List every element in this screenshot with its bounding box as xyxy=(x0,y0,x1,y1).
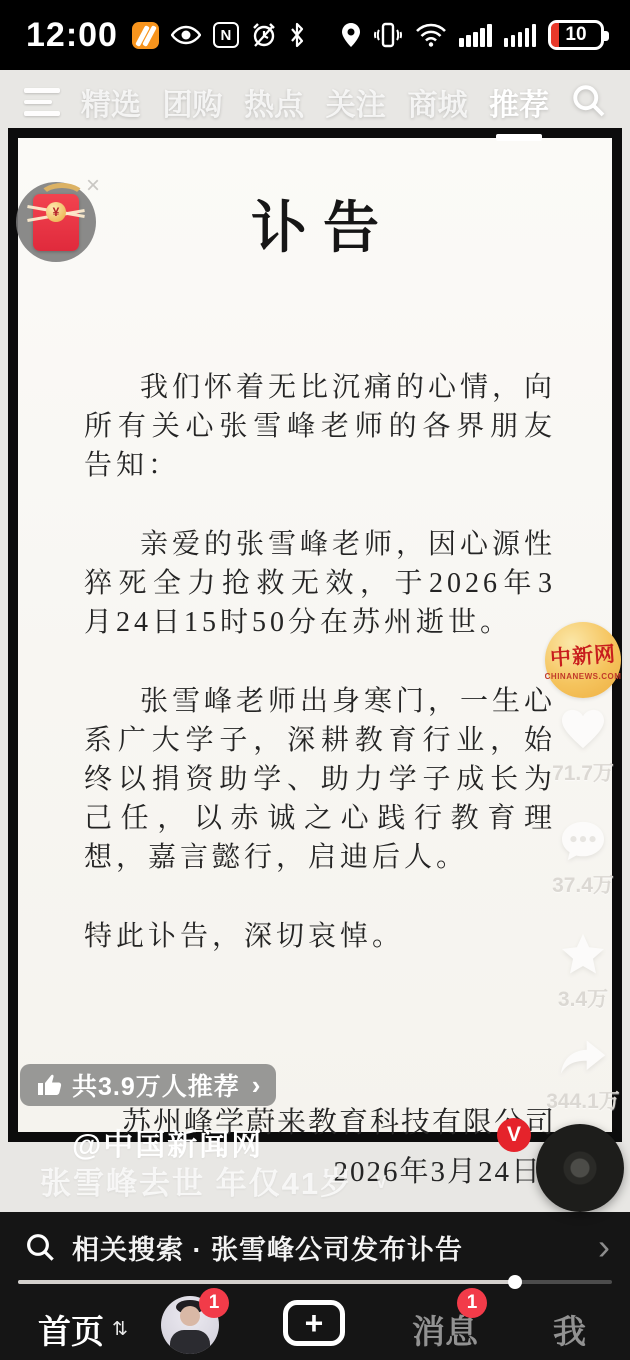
vibrate-icon xyxy=(373,22,403,48)
clock: 12:00 xyxy=(26,16,118,55)
tab-tuangou[interactable]: 团购 xyxy=(162,80,222,124)
chevron-down-icon: ∨ xyxy=(373,1168,391,1194)
nav-me[interactable]: 我 xyxy=(553,1306,586,1353)
favorite-button[interactable]: 3.4万 xyxy=(545,932,621,1013)
music-disc-button[interactable] xyxy=(536,1124,624,1212)
bluetooth-icon xyxy=(289,22,305,48)
share-count: 344.1万 xyxy=(545,1085,621,1115)
status-bar: 12:00 N 10 xyxy=(0,0,630,70)
heart-icon xyxy=(560,708,606,750)
progress-knob[interactable] xyxy=(508,1275,522,1289)
progress-played xyxy=(18,1280,515,1284)
obituary-title: 讣告 xyxy=(18,184,612,264)
tab-redian[interactable]: 热点 xyxy=(244,80,304,124)
related-search-bar[interactable]: 相关搜索 · 张雪峰公司发布讣告 › xyxy=(24,1224,610,1270)
related-search-label: 相关搜索 · 张雪峰公司发布讣告 xyxy=(72,1228,463,1267)
signal-bars-icon xyxy=(459,23,492,47)
wifi-icon xyxy=(415,23,447,47)
obituary-document: 讣告 我们怀着无比沉痛的心情，向所有关心张雪峰老师的各界朋友告知： 亲爱的张雪峰… xyxy=(8,128,622,1142)
red-packet-widget[interactable]: ¥ xyxy=(16,182,96,262)
menu-icon[interactable] xyxy=(24,88,60,116)
chevron-right-icon: › xyxy=(252,1072,261,1098)
obituary-paragraph: 张雪峰老师出身寒门，一生心系广大学子，深耕教育行业，始终以捐资助学、助力学子成长… xyxy=(84,682,556,877)
star-icon xyxy=(560,932,606,976)
create-button[interactable]: + xyxy=(283,1300,345,1346)
chinanews-watermark: 中新网 CHINANEWS.COM xyxy=(545,622,621,698)
app-screen: 12:00 N 10 精选 团购 热点 关注 商城 推 xyxy=(0,0,630,1360)
status-left-icons: N xyxy=(132,22,305,49)
share-button[interactable]: 344.1万 xyxy=(545,1038,621,1115)
favorite-count: 3.4万 xyxy=(545,983,621,1013)
share-arrow-icon xyxy=(559,1038,607,1078)
close-icon[interactable]: × xyxy=(86,174,100,198)
comment-button[interactable]: 37.4万 xyxy=(545,820,621,899)
obituary-paragraph: 亲爱的张雪峰老师，因心源性猝死全力抢救无效，于2026年3月24日15时50分在… xyxy=(84,525,556,642)
recommend-pill-button[interactable]: 共3.9万人推荐 › xyxy=(20,1064,276,1106)
bottom-panel: 相关搜索 · 张雪峰公司发布讣告 › 首页 ⇅ 1 + 消息 1 我 xyxy=(0,1212,630,1360)
messages-badge: 1 xyxy=(457,1288,487,1318)
eye-protection-icon xyxy=(171,25,201,45)
search-icon[interactable] xyxy=(570,82,606,123)
signal-bars-2-icon xyxy=(504,23,537,47)
like-count: 71.7万 xyxy=(545,757,621,787)
avatar-badge: 1 xyxy=(199,1288,229,1318)
video-title[interactable]: 张雪峰去世 年仅41岁 ∨ xyxy=(40,1158,391,1203)
tab-jingxuan[interactable]: 精选 xyxy=(81,80,141,124)
alarm-muted-icon xyxy=(251,22,277,48)
feed-switch-icon: ⇅ xyxy=(112,1318,128,1341)
search-icon xyxy=(24,1231,56,1263)
app-notification-icon xyxy=(132,22,159,49)
red-envelope-icon: ¥ xyxy=(33,194,79,251)
nav-home[interactable]: 首页 ⇅ xyxy=(38,1306,128,1353)
tab-tuijian[interactable]: 推荐 xyxy=(489,80,549,124)
obituary-paragraph: 我们怀着无比沉痛的心情，向所有关心张雪峰老师的各界朋友告知： xyxy=(84,368,556,485)
comment-count: 37.4万 xyxy=(545,869,621,899)
video-progress-bar[interactable] xyxy=(18,1280,612,1284)
tab-shangcheng[interactable]: 商城 xyxy=(407,80,467,124)
video-feed[interactable]: 精选 团购 热点 关注 商城 推荐 讣告 我们怀着无比沉痛的心情，向所有关心张雪… xyxy=(0,70,630,1212)
chevron-right-icon: › xyxy=(598,1229,610,1265)
top-tab-bar: 精选 团购 热点 关注 商城 推荐 xyxy=(0,78,630,126)
verified-badge: V xyxy=(497,1118,531,1152)
status-right-icons: 10 xyxy=(341,20,604,50)
comment-icon xyxy=(560,820,606,862)
battery-icon: 10 xyxy=(548,20,604,50)
obituary-paragraph: 特此讣告，深切哀悼。 xyxy=(84,917,556,956)
tab-guanzhu[interactable]: 关注 xyxy=(326,80,386,124)
nfc-icon: N xyxy=(213,22,239,48)
thumbs-up-icon xyxy=(36,1073,62,1097)
recommend-pill-label: 共3.9万人推荐 xyxy=(72,1067,240,1103)
location-icon xyxy=(341,22,361,48)
like-button[interactable]: 71.7万 xyxy=(545,708,621,787)
coin-icon: ¥ xyxy=(46,202,66,222)
